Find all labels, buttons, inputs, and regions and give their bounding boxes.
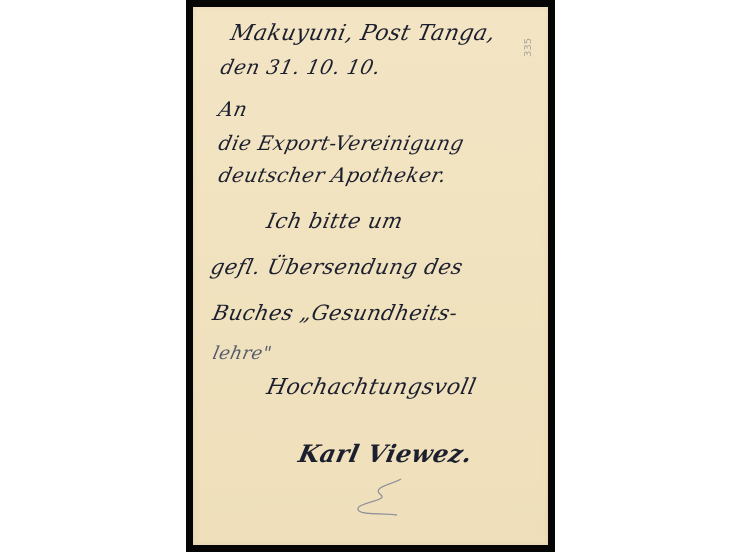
body-line-4: lehre" xyxy=(211,343,274,364)
body-line-3: Buches „Gesundheits- xyxy=(210,301,460,325)
postcard-paper: Makuyuni, Post Tanga, den 31. 10. 10. An… xyxy=(193,7,548,545)
salutation-an: An xyxy=(216,97,249,121)
signature-flourish-icon xyxy=(341,477,411,517)
archive-number: 335 xyxy=(523,38,534,57)
addressee-line-1: die Export-Vereinigung xyxy=(216,131,466,155)
signature: Karl Viewez. xyxy=(296,439,475,468)
addressee-line-2: deutscher Apotheker. xyxy=(216,163,448,187)
body-line-1: Ich bitte um xyxy=(264,209,405,233)
date-line: den 31. 10. 10. xyxy=(218,55,383,79)
place-line: Makuyuni, Post Tanga, xyxy=(228,21,497,46)
body-line-2: gefl. Übersendung des xyxy=(208,255,465,279)
closing-line: Hochachtungsvoll xyxy=(264,375,478,400)
